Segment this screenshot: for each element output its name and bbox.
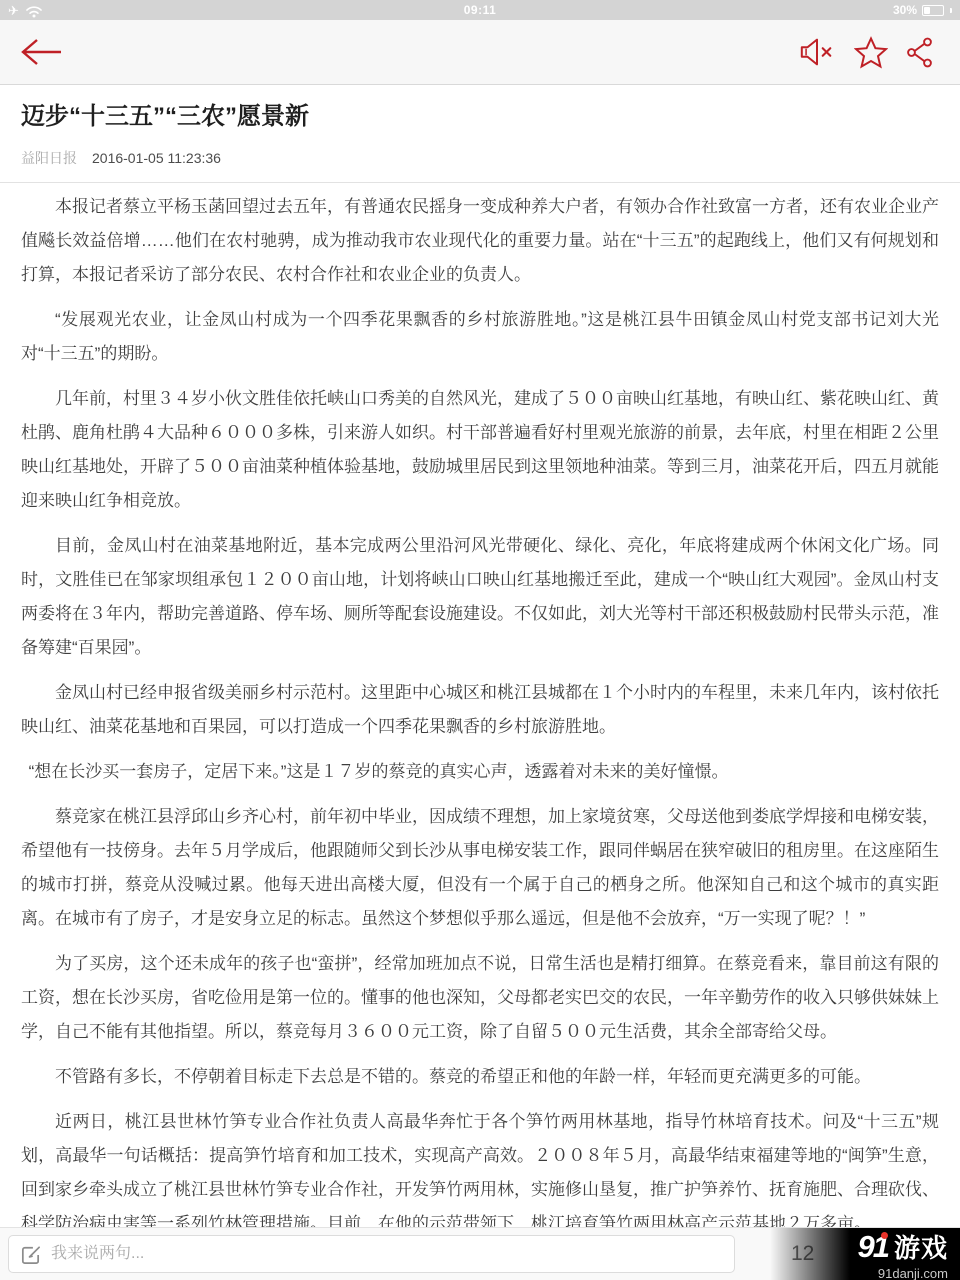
article-paragraph: 蔡竞家在桃江县浮邱山乡齐心村，前年初中毕业，因成绩不理想，加上家境贫寒，父母送他… — [21, 800, 939, 936]
article-paragraph: “想在长沙买一套房子，定居下来。”这是１７岁的蔡竞的真实心声，透露着对未来的美好… — [21, 755, 939, 789]
airplane-mode-icon: ✈ — [8, 4, 19, 17]
comment-bar: 12 91 游戏 91danji.com — [0, 1227, 960, 1280]
article-source: 益阳日报 — [21, 148, 77, 168]
logo-red-dot-icon — [881, 1232, 888, 1239]
status-bar: ✈ 09:11 30% — [0, 0, 960, 20]
article-paragraph: 目前，金凤山村在油菜基地附近，基本完成两公里沿河风光带硬化、绿化、亮化，年底将建… — [21, 529, 939, 665]
status-left: ✈ — [8, 3, 208, 18]
watermark-logo-number: 91 — [858, 1229, 891, 1265]
article-paragraph: “发展观光农业，让金凤山村成为一个四季花果飘香的乡村旅游胜地。”这是桃江县牛田镇… — [21, 303, 939, 371]
watermark-logo: 91 游戏 — [858, 1228, 949, 1265]
battery-tip — [950, 8, 952, 13]
compose-pencil-icon — [19, 1243, 42, 1266]
article-title: 迈步“十三五”“三农”愿景新 — [21, 101, 939, 133]
article-body: 本报记者蔡立平杨玉菡回望过去五年，有普通农民摇身一变成种养大户者，有领办合作社致… — [21, 183, 939, 1241]
comment-input-box[interactable] — [8, 1235, 735, 1273]
star-favorite-icon[interactable] — [854, 36, 888, 69]
battery-percent-label: 30% — [893, 3, 917, 17]
wifi-icon — [25, 3, 43, 18]
watermark-block: 91 游戏 91danji.com — [770, 1228, 960, 1280]
article-timestamp: 2016-01-05 11:23:36 — [92, 150, 221, 166]
watermark-logo-text: 游戏 — [894, 1228, 948, 1265]
mute-speaker-icon[interactable] — [798, 36, 836, 68]
article-paragraph: 本报记者蔡立平杨玉菡回望过去五年，有普通农民摇身一变成种养大户者，有领办合作社致… — [21, 190, 939, 292]
share-icon[interactable] — [906, 36, 934, 69]
back-button[interactable] — [18, 36, 64, 68]
battery-icon — [922, 5, 944, 16]
watermark-domain: 91danji.com — [878, 1266, 948, 1280]
comment-input[interactable] — [51, 1236, 734, 1272]
back-arrow-icon — [18, 36, 64, 68]
status-clock: 09:11 — [208, 3, 752, 17]
article-paragraph: 金凤山村已经申报省级美丽乡村示范村。这里距中心城区和桃江县城都在１个小时内的车程… — [21, 676, 939, 744]
nav-bar — [0, 20, 960, 85]
article-paragraph: 不管路有多长，不停朝着目标走下去总是不错的。蔡竞的希望正和他的年龄一样，年轻而更… — [21, 1060, 939, 1094]
article-paragraph: 几年前，村里３４岁小伙文胜佳依托峡山口秀美的自然风光，建成了５００亩映山红基地，… — [21, 382, 939, 518]
article-paragraph: 近两日，桃江县世林竹笋专业合作社负责人高最华奔忙于各个笋竹两用林基地，指导竹林培… — [21, 1105, 939, 1241]
article-view: 迈步“十三五”“三农”愿景新 益阳日报 2016-01-05 11:23:36 … — [0, 101, 960, 1241]
article-paragraph: 为了买房，这个还未成年的孩子也“蛮拼”，经常加班加点不说，日常生活也是精打细算。… — [21, 947, 939, 1049]
article-meta: 益阳日报 2016-01-05 11:23:36 — [21, 148, 939, 168]
